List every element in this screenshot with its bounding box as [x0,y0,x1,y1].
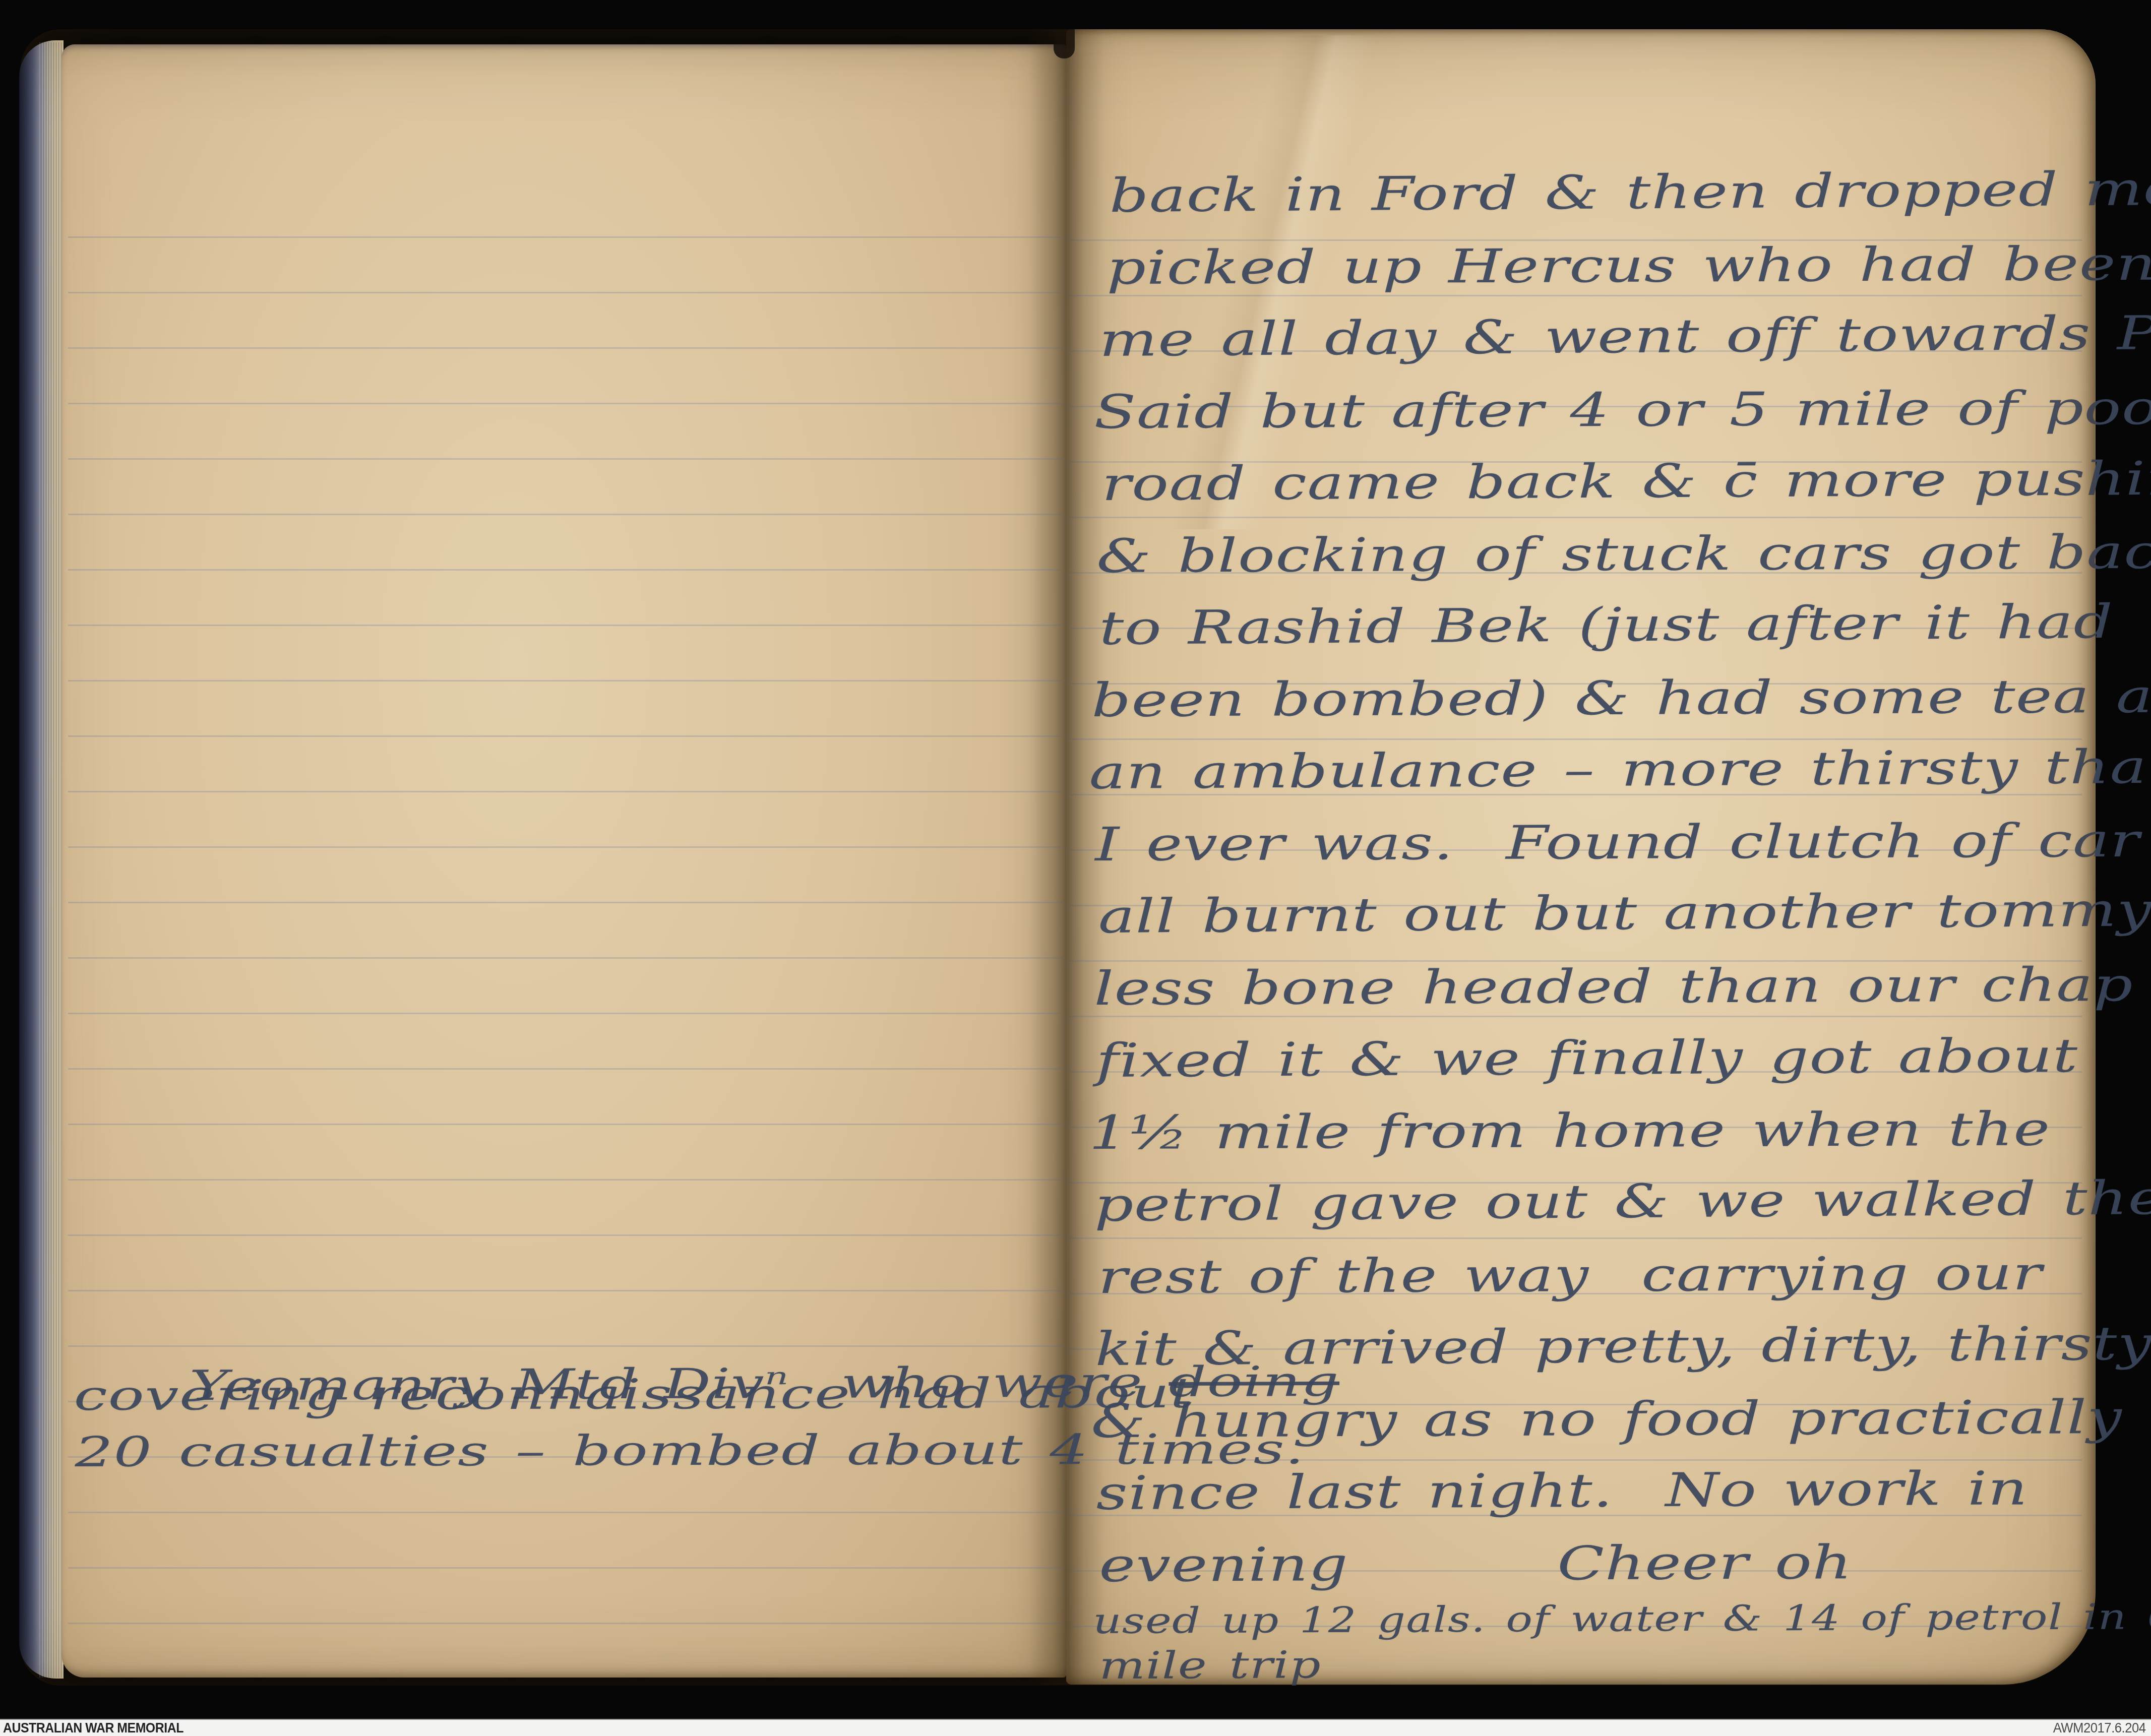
handwriting-line: road came back & c̄ more pushing [1101,451,2151,511]
handwriting-line: been bombed) & had some tea at [1091,669,2151,727]
handwriting-line: me all day & went off towards Port [1099,305,2151,367]
handwriting-line: used up 12 gals. of water & 14 of petrol… [1093,1596,2151,1642]
handwriting-line: kit & arrived pretty, dirty, thirsty [1095,1317,2151,1376]
handwriting-line: petrol gave out & we walked the [1094,1171,2151,1232]
handwriting-line: back in Ford & then dropped men [1109,161,2151,223]
handwriting-line: evening Cheer oh [1099,1535,1853,1592]
handwriting-line: an ambulance – more thirsty than [1089,739,2151,799]
handwriting-line: Said but after 4 or 5 mile of poor [1094,381,2151,439]
handwriting-line: mile trip [1099,1643,1321,1688]
handwriting-line: I ever was. Found clutch of car [1095,814,2140,872]
handwriting-line: all burnt out but another tommy [1098,883,2151,944]
handwriting-line: 1½ mile from home when the [1089,1102,2051,1160]
notebook-scan: Yeomanry Mtd Divⁿ who were doing coverin… [0,0,2151,1736]
page-edge-lines [39,42,63,1678]
archive-institution-label: AUSTRALIAN WAR MEMORIAL [3,1720,183,1736]
handwriting-line: & hungry as no food practically [1091,1390,2123,1448]
handwriting-line: since last night. No work in [1096,1461,2028,1520]
handwriting-line: covering reconnaissance had about [74,1370,1195,1420]
handwriting-line: picked up Hercus who had been c̄ [1107,236,2151,295]
handwriting-line: less bone headed than our chap [1094,958,2133,1016]
archive-bar: AUSTRALIAN WAR MEMORIAL AWM2017.6.204 [0,1719,2151,1736]
archive-item-id: AWM2017.6.204 [2053,1720,2146,1736]
binding-gap [1054,29,1075,58]
handwriting-line: & blocking of stuck cars got back [1096,525,2151,583]
handwriting-line: rest of the way carrying our [1098,1247,2043,1304]
handwriting-line: to Rashid Bek (just after it had [1099,595,2114,655]
handwriting-line: fixed it & we finally got about [1096,1029,2078,1088]
